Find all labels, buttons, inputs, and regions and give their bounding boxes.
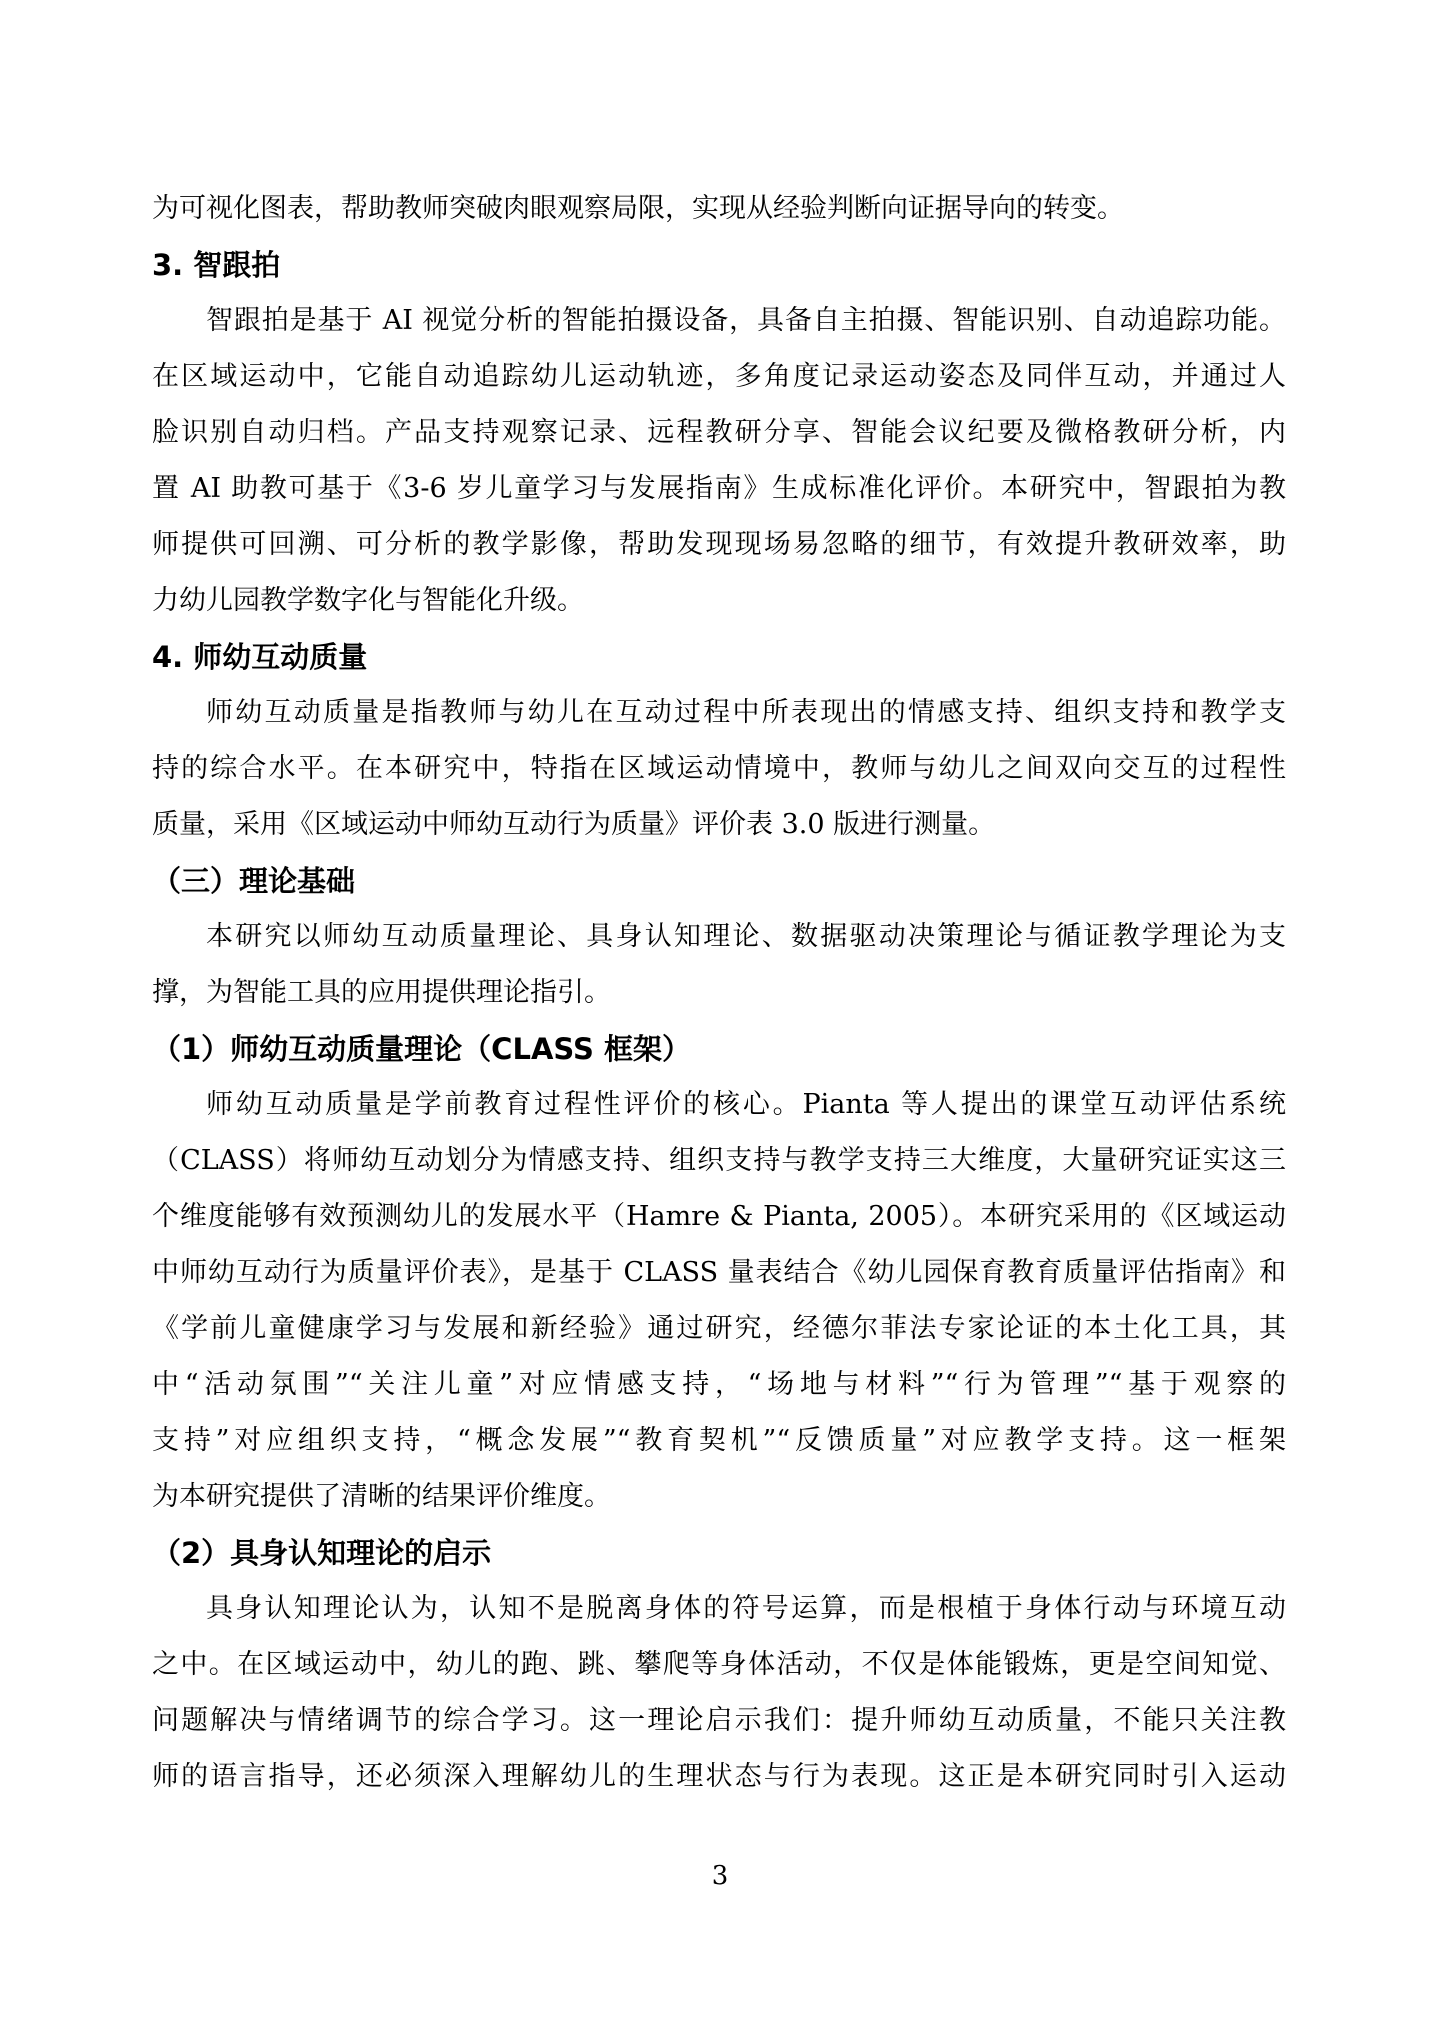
text-line: 师提供可回溯、可分析的教学影像，帮助发现现场易忽略的细节，有效提升教研效率，助 (152, 517, 1286, 573)
text-line: 脸识别自动归档。产品支持观察记录、远程教研分享、智能会议纪要及微格教研分析，内 (152, 405, 1286, 461)
text-line: 师幼互动质量是学前教育过程性评价的核心。Pianta 等人提出的课堂互动评估系统 (152, 1077, 1286, 1133)
text-line: 撑，为智能工具的应用提供理论指引。 (152, 965, 1286, 1021)
text-line: 持的综合水平。在本研究中，特指在区域运动情境中，教师与幼儿之间双向交互的过程性 (152, 741, 1286, 797)
text-line: 个维度能够有效预测幼儿的发展水平（Hamre & Pianta, 2005）。本… (152, 1189, 1286, 1245)
text-line: 智跟拍是基于 AI 视觉分析的智能拍摄设备，具备自主拍摄、智能识别、自动追踪功能… (152, 293, 1286, 349)
text-line: 本研究以师幼互动质量理论、具身认知理论、数据驱动决策理论与循证教学理论为支 (152, 909, 1286, 965)
text-line: 为可视化图表，帮助教师突破肉眼观察局限，实现从经验判断向证据导向的转变。 (152, 181, 1286, 237)
text-line: 置 AI 助教可基于《3-6 岁儿童学习与发展指南》生成标准化评价。本研究中，智… (152, 461, 1286, 517)
page-number: 3 (0, 1856, 1440, 1896)
text-line: 支持”对应组织支持，“概念发展”“教育契机”“反馈质量”对应教学支持。这一框架 (152, 1413, 1286, 1469)
text-line: 具身认知理论认为，认知不是脱离身体的符号运算，而是根植于身体行动与环境互动 (152, 1581, 1286, 1637)
text-line: 中“活动氛围”“关注儿童”对应情感支持，“场地与材料”“行为管理”“基于观察的 (152, 1357, 1286, 1413)
text-line: 之中。在区域运动中，幼儿的跑、跳、攀爬等身体活动，不仅是体能锻炼，更是空间知觉、 (152, 1637, 1286, 1693)
section-heading: （2）具身认知理论的启示 (152, 1525, 1286, 1581)
text-line: 问题解决与情绪调节的综合学习。这一理论启示我们：提升师幼互动质量，不能只关注教 (152, 1693, 1286, 1749)
text-line: 为本研究提供了清晰的结果评价维度。 (152, 1469, 1286, 1525)
text-line: 中师幼互动行为质量评价表》，是基于 CLASS 量表结合《幼儿园保育教育质量评估… (152, 1245, 1286, 1301)
text-line: （CLASS）将师幼互动划分为情感支持、组织支持与教学支持三大维度，大量研究证实… (152, 1133, 1286, 1189)
text-line: 力幼儿园教学数字化与智能化升级。 (152, 573, 1286, 629)
text-line: 质量，采用《区域运动中师幼互动行为质量》评价表 3.0 版进行测量。 (152, 797, 1286, 853)
document-page: 为可视化图表，帮助教师突破肉眼观察局限，实现从经验判断向证据导向的转变。3. 智… (0, 0, 1440, 2036)
text-line: 师的语言指导，还必须深入理解幼儿的生理状态与行为表现。这正是本研究同时引入运动 (152, 1749, 1286, 1805)
section-heading: 4. 师幼互动质量 (152, 629, 1286, 685)
text-line: 在区域运动中，它能自动追踪幼儿运动轨迹，多角度记录运动姿态及同伴互动，并通过人 (152, 349, 1286, 405)
section-heading: 3. 智跟拍 (152, 237, 1286, 293)
document-content: 为可视化图表，帮助教师突破肉眼观察局限，实现从经验判断向证据导向的转变。3. 智… (152, 181, 1286, 1805)
text-line: 师幼互动质量是指教师与幼儿在互动过程中所表现出的情感支持、组织支持和教学支 (152, 685, 1286, 741)
section-heading: （1）师幼互动质量理论（CLASS 框架） (152, 1021, 1286, 1077)
section-heading: （三）理论基础 (152, 853, 1286, 909)
text-line: 《学前儿童健康学习与发展和新经验》通过研究，经德尔菲法专家论证的本土化工具，其 (152, 1301, 1286, 1357)
